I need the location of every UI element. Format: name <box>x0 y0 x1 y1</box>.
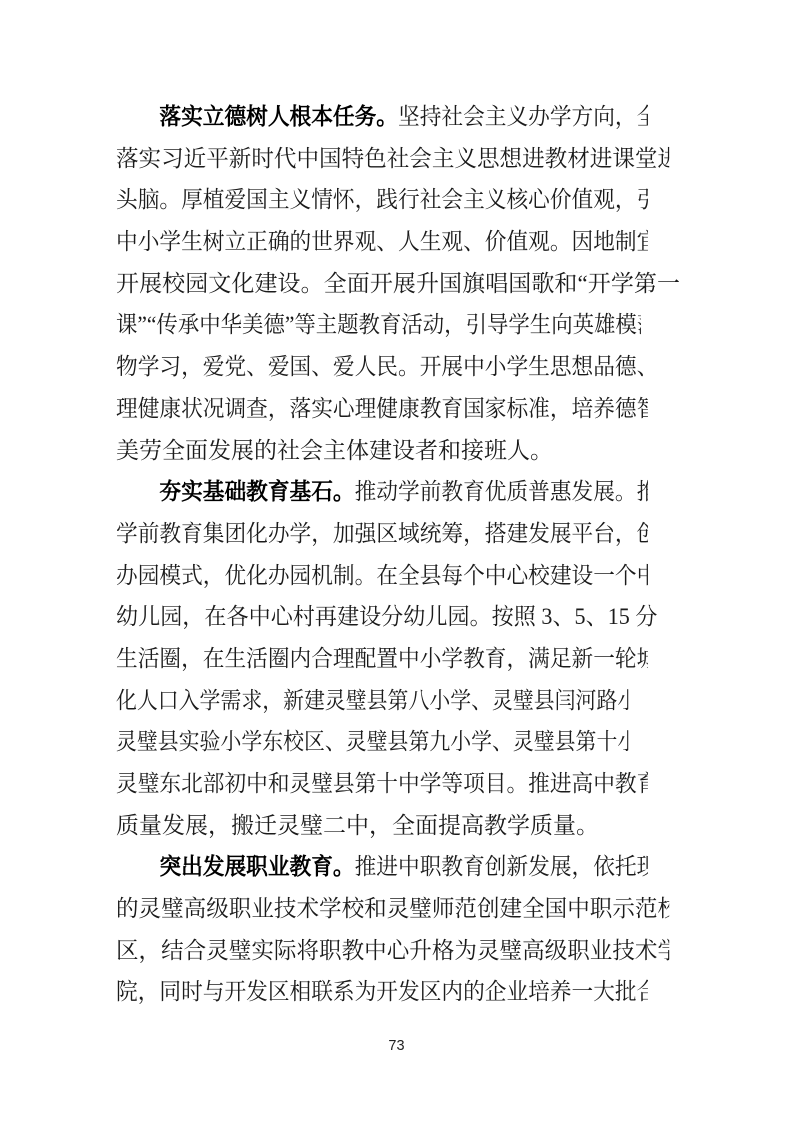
paragraph-lead: 落实立德树人根本任务。 <box>159 104 398 129</box>
document-page: 落实立德树人根本任务。坚持社会主义办学方向，全面落实习近平新时代中国特色社会主义… <box>0 0 793 1122</box>
text-line: 幼儿园，在各中心村再建设分幼儿园。按照 3、5、15 分钟 <box>116 596 658 638</box>
text-run: 灵璧东北部初中和灵璧县第十中学等项目。推进高中教育高 <box>116 771 648 796</box>
text-line: 灵璧东北部初中和灵璧县第十中学等项目。推进高中教育高 <box>116 763 648 805</box>
text-line: 开展校园文化建设。全面开展升国旗唱国歌和“开学第一 <box>116 263 680 305</box>
text-line: 突出发展职业教育。推进中职教育创新发展，依托现有 <box>116 846 648 888</box>
text-line: 灵璧县实验小学东校区、灵璧县第九小学、灵璧县第十小学、 <box>116 721 628 763</box>
text-line: 落实立德树人根本任务。坚持社会主义办学方向，全面 <box>116 96 648 138</box>
text-run: 推动学前教育优质普惠发展。推行 <box>355 479 648 504</box>
text-line: 院，同时与开发区相联系为开发区内的企业培养一大批合格 <box>116 971 648 1013</box>
text-run: 中小学生树立正确的世界观、人生观、价值观。因地制宜， <box>116 229 648 254</box>
text-run: 区，结合灵璧实际将职教中心升格为灵璧高级职业技术学 <box>116 938 669 963</box>
paragraph-lead: 突出发展职业教育。 <box>159 854 354 879</box>
text-line: 美劳全面发展的社会主体建设者和接班人。 <box>116 430 680 472</box>
text-line: 质量发展，搬迁灵璧二中，全面提高教学质量。 <box>116 805 680 847</box>
text-run: 灵璧县实验小学东校区、灵璧县第九小学、灵璧县第十小学、 <box>116 729 628 754</box>
text-run: 落实习近平新时代中国特色社会主义思想进教材进课堂进 <box>116 146 669 171</box>
text-line: 的灵璧高级职业技术学校和灵璧师范创建全国中职示范校 <box>116 888 669 930</box>
text-run: 物学习，爱党、爱国、爱人民。开展中小学生思想品德、心 <box>116 354 648 379</box>
text-run: 生活圈，在生活圈内合理配置中小学教育，满足新一轮城镇 <box>116 646 648 671</box>
text-line: 区，结合灵璧实际将职教中心升格为灵璧高级职业技术学 <box>116 930 669 972</box>
text-line: 头脑。厚植爱国主义情怀，践行社会主义核心价值观，引导 <box>116 179 648 221</box>
text-run: 美劳全面发展的社会主体建设者和接班人。 <box>116 438 553 463</box>
text-line: 中小学生树立正确的世界观、人生观、价值观。因地制宜， <box>116 221 648 263</box>
text-run: 推进中职教育创新发展，依托现有 <box>355 854 648 879</box>
text-run: 坚持社会主义办学方向，全面 <box>398 104 648 129</box>
text-run: 课”“传承中华美德”等主题教育活动，引导学生向英雄模范人 <box>116 312 641 337</box>
text-line: 学前教育集团化办学，加强区域统筹，搭建发展平台，创新 <box>116 513 648 555</box>
text-line: 理健康状况调查，落实心理健康教育国家标准，培养德智体 <box>116 388 648 430</box>
text-line: 化人口入学需求，新建灵璧县第八小学、灵璧县闫河路小学、 <box>116 680 628 722</box>
text-run: 幼儿园，在各中心村再建设分幼儿园。按照 3、5、15 分钟 <box>116 604 658 629</box>
text-run: 学前教育集团化办学，加强区域统筹，搭建发展平台，创新 <box>116 521 648 546</box>
text-line: 夯实基础教育基石。推动学前教育优质普惠发展。推行 <box>116 471 648 513</box>
text-line: 生活圈，在生活圈内合理配置中小学教育，满足新一轮城镇 <box>116 638 648 680</box>
paragraph: 落实立德树人根本任务。坚持社会主义办学方向，全面落实习近平新时代中国特色社会主义… <box>116 96 680 471</box>
paragraph: 夯实基础教育基石。推动学前教育优质普惠发展。推行学前教育集团化办学，加强区域统筹… <box>116 471 680 846</box>
text-run: 院，同时与开发区相联系为开发区内的企业培养一大批合格 <box>116 979 648 1004</box>
text-run: 理健康状况调查，落实心理健康教育国家标准，培养德智体 <box>116 396 648 421</box>
paragraph: 突出发展职业教育。推进中职教育创新发展，依托现有的灵璧高级职业技术学校和灵璧师范… <box>116 846 680 1013</box>
text-run: 的灵璧高级职业技术学校和灵璧师范创建全国中职示范校 <box>116 896 669 921</box>
page-number: 73 <box>0 1038 793 1054</box>
text-line: 落实习近平新时代中国特色社会主义思想进教材进课堂进 <box>116 138 669 180</box>
text-run: 头脑。厚植爱国主义情怀，践行社会主义核心价值观，引导 <box>116 187 648 212</box>
text-line: 课”“传承中华美德”等主题教育活动，引导学生向英雄模范人 <box>116 304 641 346</box>
text-line: 物学习，爱党、爱国、爱人民。开展中小学生思想品德、心 <box>116 346 648 388</box>
text-line: 办园模式，优化办园机制。在全县每个中心校建设一个中心 <box>116 555 648 597</box>
text-run: 办园模式，优化办园机制。在全县每个中心校建设一个中心 <box>116 563 648 588</box>
text-run: 开展校园文化建设。全面开展升国旗唱国歌和“开学第一 <box>116 271 680 296</box>
document-body: 落实立德树人根本任务。坚持社会主义办学方向，全面落实习近平新时代中国特色社会主义… <box>116 96 680 1013</box>
paragraph-lead: 夯实基础教育基石。 <box>159 479 354 504</box>
text-run: 化人口入学需求，新建灵璧县第八小学、灵璧县闫河路小学、 <box>116 688 628 713</box>
text-run: 质量发展，搬迁灵璧二中，全面提高教学质量。 <box>116 813 599 838</box>
